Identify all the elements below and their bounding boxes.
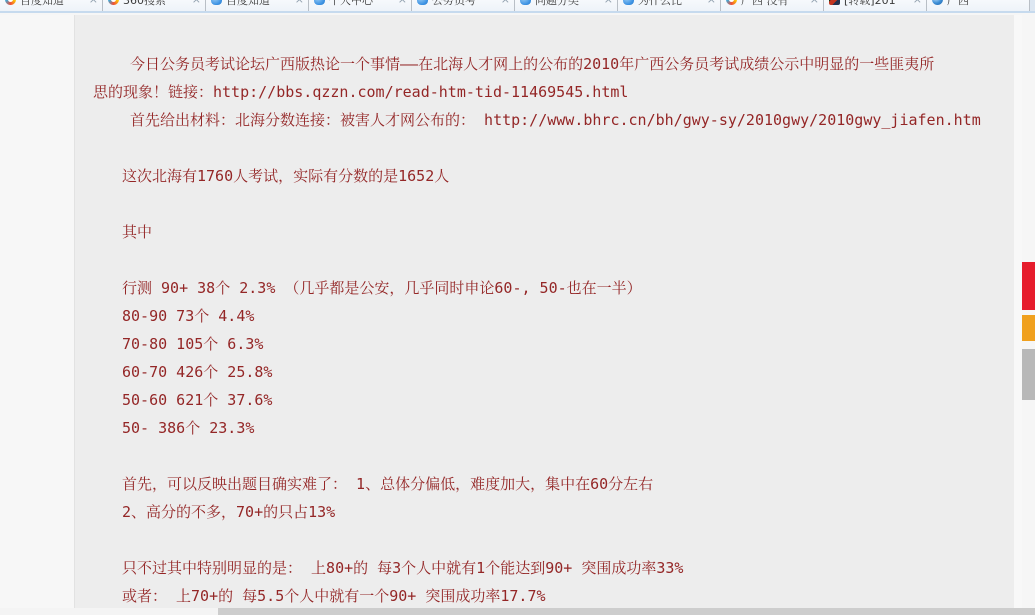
text-line: 思的现象！链接：http://bbs.qzzn.com/read-htm-tid… <box>93 78 1004 106</box>
tab-title: 公务员考 <box>432 0 497 8</box>
close-icon[interactable]: × <box>810 0 819 5</box>
close-icon[interactable]: × <box>707 0 716 5</box>
browser-tab[interactable]: [转载]201× <box>824 0 927 11</box>
tab-title: 广西 <box>947 0 1025 8</box>
text-line: 80-90 73个 4.4% <box>93 302 1004 330</box>
cloud-icon <box>417 0 428 5</box>
image-icon <box>829 0 840 5</box>
tab-title: 问题分类 <box>535 0 600 8</box>
browser-tab[interactable]: 问题分类× <box>515 0 618 11</box>
tab-title: 为什么比 <box>638 0 703 8</box>
globe-icon <box>932 0 943 5</box>
blank-line <box>93 190 1004 218</box>
browser-tab[interactable]: 公务员考× <box>412 0 515 11</box>
tab-title: [转载]201 <box>844 0 909 8</box>
page-left-margin <box>0 15 75 608</box>
browser-tab[interactable]: 广西 没有× <box>721 0 824 11</box>
browser-tab[interactable]: 为什么比× <box>618 0 721 11</box>
browser-360-icon <box>726 0 737 5</box>
text-line: 或者： 上70+的 每5.5个人中就有一个90+ 突围成功率17.7% <box>93 582 1004 610</box>
text-line: 其中 <box>93 218 1004 246</box>
browser-360-icon <box>5 0 16 5</box>
bottom-edge-left <box>0 608 218 615</box>
close-icon[interactable]: × <box>295 0 304 5</box>
blank-line <box>93 526 1004 554</box>
bottom-edge <box>0 608 1035 615</box>
blank-line <box>93 134 1004 162</box>
browser-tab[interactable]: 百度知道× <box>206 0 309 11</box>
side-panel-orange-strip[interactable] <box>1022 315 1035 341</box>
browser-tab[interactable]: 360搜索× <box>103 0 206 11</box>
cloud-icon <box>623 0 634 5</box>
side-panel-red-strip[interactable] <box>1022 262 1035 310</box>
text-line: 首先，可以反映出题目确实难了： 1、总体分偏低，难度加大，集中在60分左右 <box>93 470 1004 498</box>
side-panel-gray-strip[interactable] <box>1022 349 1035 400</box>
browser-tab[interactable]: 广西 <box>927 0 1030 11</box>
text-line: 只不过其中特别明显的是： 上80+的 每3个人中就有1个能达到90+ 突围成功率… <box>93 554 1004 582</box>
tab-title: 广西 没有 <box>741 0 806 8</box>
tab-bar: 百度知道×360搜索×百度知道×个人中心×公务员考×问题分类×为什么比×广西 没… <box>0 0 1035 13</box>
browser-360-icon <box>108 0 119 5</box>
bottom-edge-right <box>218 608 1035 615</box>
blank-line <box>93 442 1004 470</box>
close-icon[interactable]: × <box>89 0 98 5</box>
text-line: 60-70 426个 25.8% <box>93 358 1004 386</box>
blank-line <box>93 246 1004 274</box>
text-line: 首先给出材料：北海分数连接：被害人才网公布的： http://www.bhrc.… <box>93 106 1004 134</box>
close-icon[interactable]: × <box>501 0 510 5</box>
close-icon[interactable]: × <box>604 0 613 5</box>
text-line: 今日公务员考试论坛广西版热论一个事情——在北海人才网上的公布的2010年广西公务… <box>93 50 1004 78</box>
browser-tab[interactable]: 个人中心× <box>309 0 412 11</box>
scroll-gutter[interactable] <box>1014 15 1022 608</box>
cloud-icon <box>520 0 531 5</box>
tab-title: 百度知道 <box>226 0 291 8</box>
tab-title: 360搜索 <box>123 0 188 8</box>
text-line: 2、高分的不多，70+的只占13% <box>93 498 1004 526</box>
text-line: 70-80 105个 6.3% <box>93 330 1004 358</box>
tab-title: 百度知道 <box>20 0 85 8</box>
forum-post-content: 今日公务员考试论坛广西版热论一个事情——在北海人才网上的公布的2010年广西公务… <box>75 15 1014 608</box>
text-line: 50-60 621个 37.6% <box>93 386 1004 414</box>
cloud-icon <box>211 0 222 5</box>
text-line: 50- 386个 23.3% <box>93 414 1004 442</box>
tab-title: 个人中心 <box>329 0 394 8</box>
text-line: 行测 90+ 38个 2.3% （几乎都是公安，几乎同时申论60-, 50-也在… <box>93 274 1004 302</box>
text-line: 这次北海有1760人考试，实际有分数的是1652人 <box>93 162 1004 190</box>
cloud-icon <box>314 0 325 5</box>
close-icon[interactable]: × <box>398 0 407 5</box>
browser-tab[interactable]: 百度知道× <box>0 0 103 11</box>
close-icon[interactable]: × <box>913 0 922 5</box>
close-icon[interactable]: × <box>192 0 201 5</box>
